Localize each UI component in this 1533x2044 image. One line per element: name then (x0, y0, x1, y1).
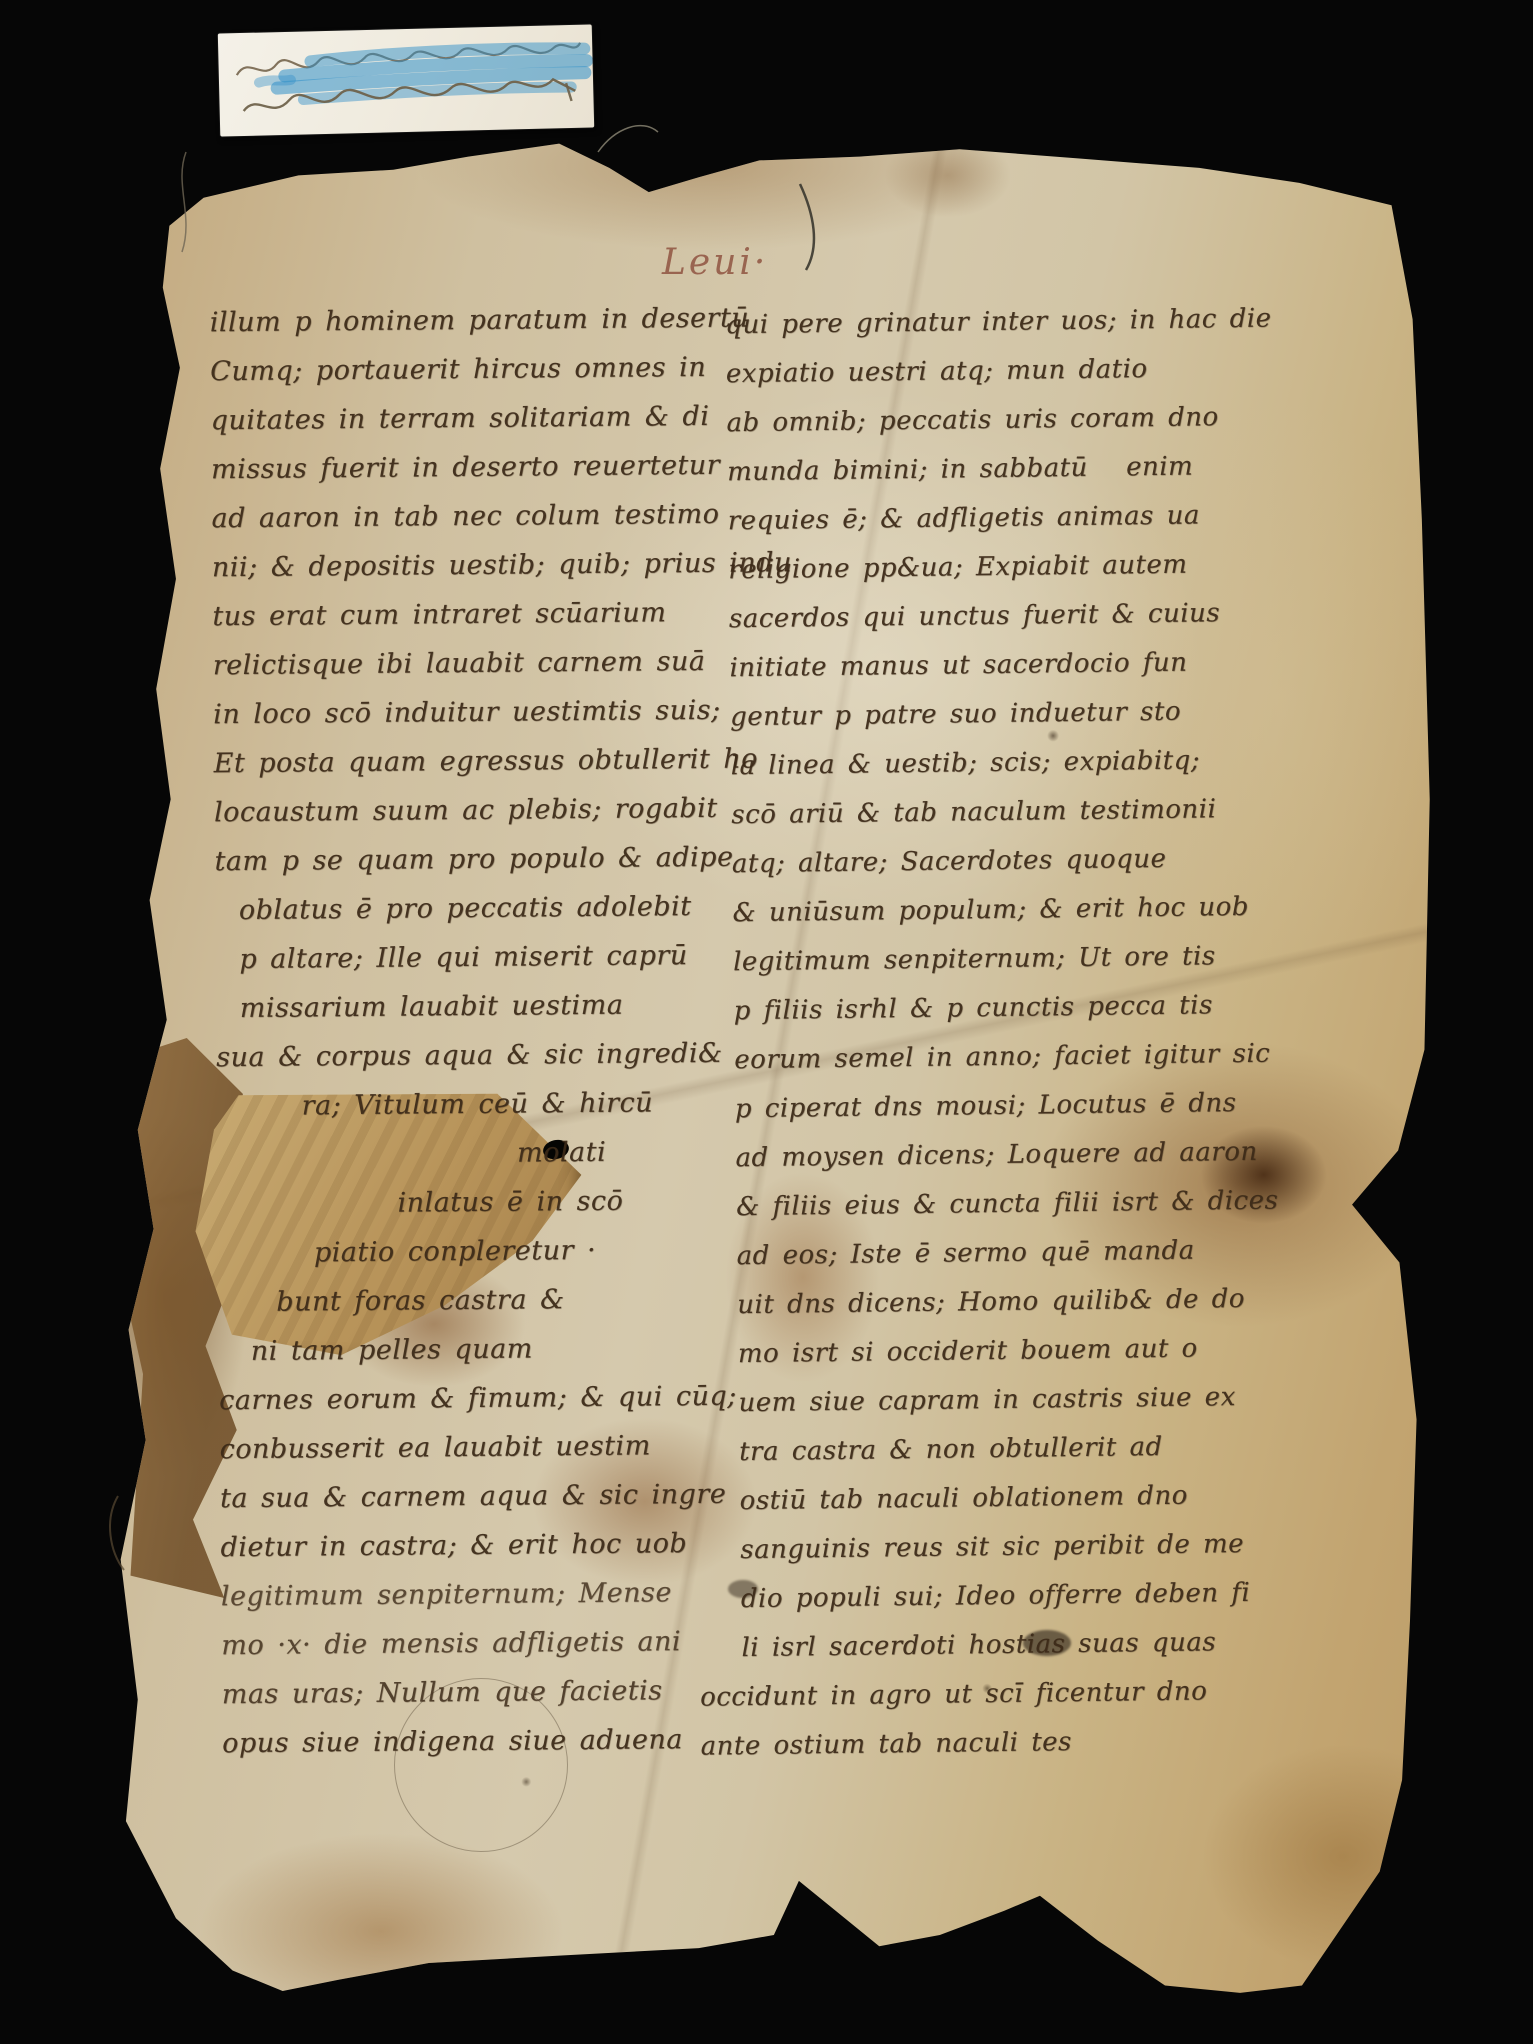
thread-fibre (182, 152, 186, 252)
thread-fibre (110, 1496, 124, 1570)
loose-fibres-layer (0, 0, 1533, 2044)
thread-fibre (800, 184, 814, 270)
thread-fibre (598, 126, 658, 152)
photograph-of-manuscript-leaf: Leui· illum p hominem paratum in desertū… (0, 0, 1533, 2044)
